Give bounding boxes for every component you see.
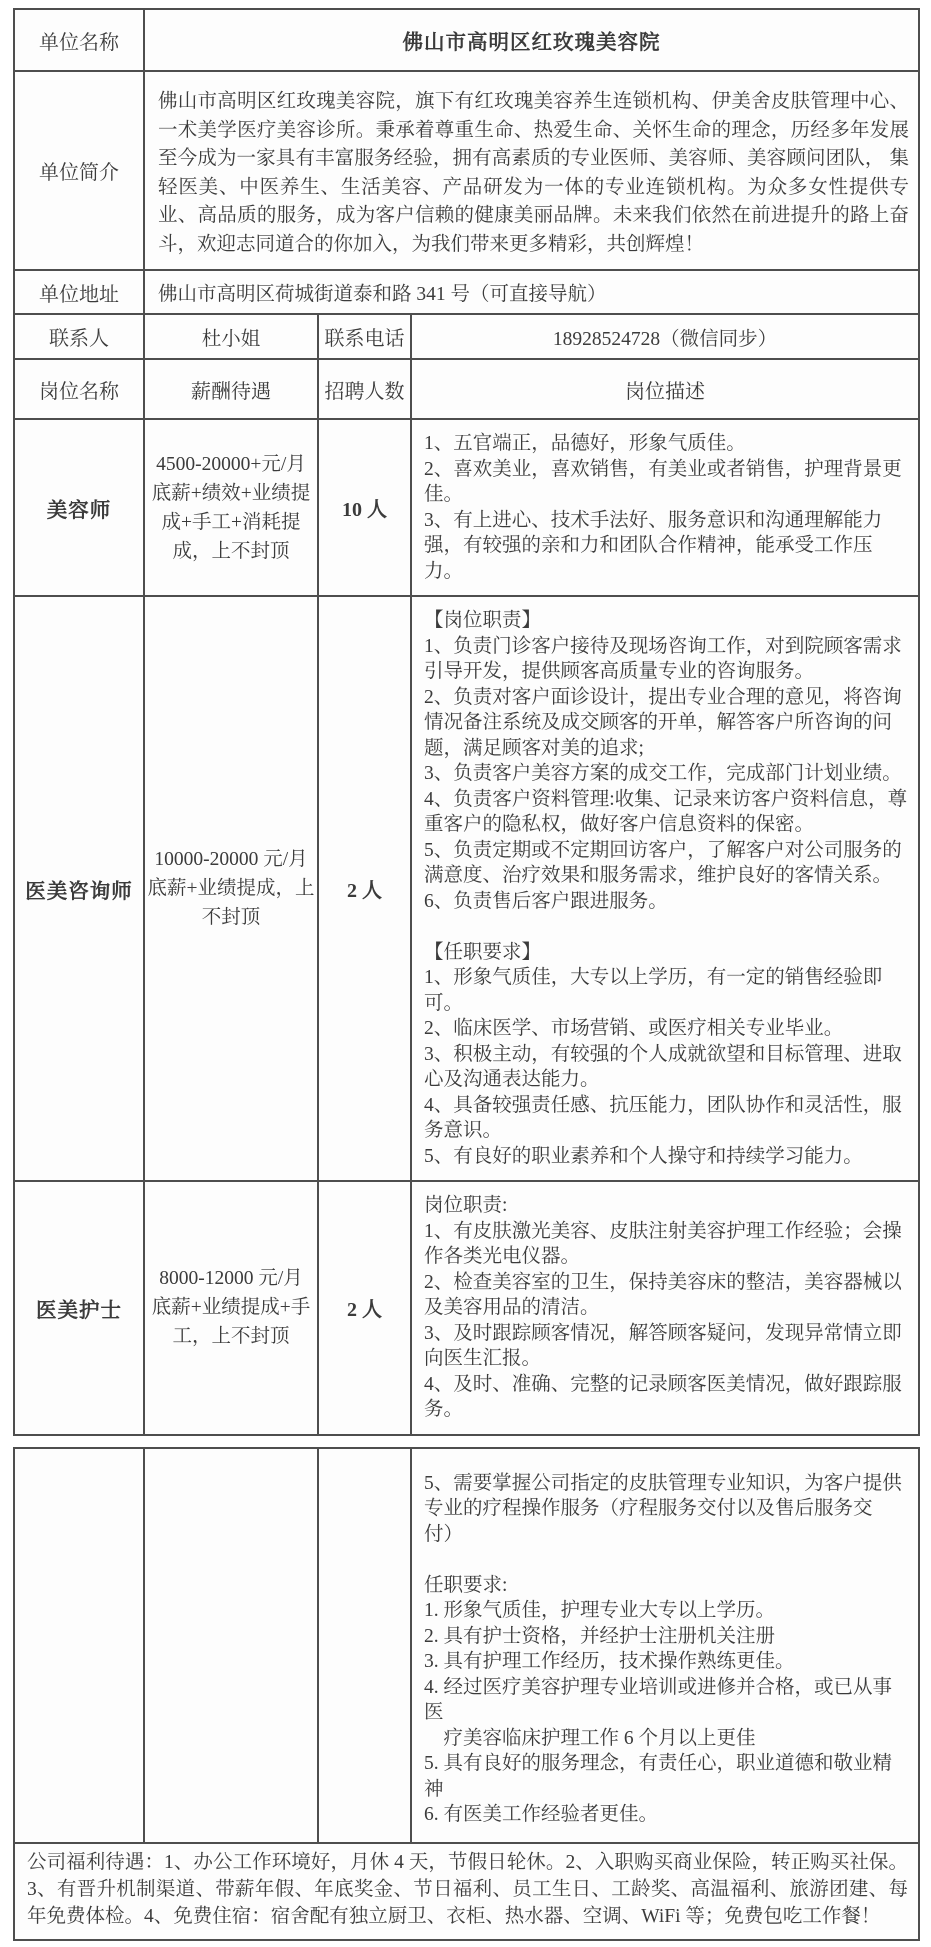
job-posting-table-continuation: 5、需要掌握公司指定的皮肤管理专业知识，为客户提供专业的疗程操作服务（疗程服务交… <box>13 1447 920 1941</box>
benefits-row: 公司福利待遇：1、办公工作环境好，月休 4 天，节假日轮休。2、入职购买商业保险… <box>14 1843 919 1940</box>
job-header-description: 岗位描述 <box>411 359 919 419</box>
job-row-consultant: 医美咨询师 10000-20000 元/月 底薪+业绩提成，上 不封顶 2 人 … <box>14 596 919 1181</box>
job-headcount: 2 人 <box>318 596 411 1181</box>
company-benefits-text: 公司福利待遇：1、办公工作环境好，月休 4 天，节假日轮休。2、入职购买商业保险… <box>14 1843 919 1940</box>
empty-title-cell <box>14 1448 144 1843</box>
job-row-nurse: 医美护士 8000-12000 元/月 底薪+业绩提成+手 工，上不封顶 2 人… <box>14 1181 919 1435</box>
job-title: 医美护士 <box>14 1181 144 1435</box>
job-headcount: 2 人 <box>318 1181 411 1435</box>
contact-phone-label: 联系电话 <box>318 314 411 359</box>
contact-name: 杜小姐 <box>144 314 318 359</box>
job-description: 1、五官端正，品德好，形象气质佳。 2、喜欢美业，喜欢销售，有美业或者销售，护理… <box>411 419 919 596</box>
contact-row: 联系人 杜小姐 联系电话 18928524728（微信同步） <box>14 314 919 359</box>
table-gap <box>13 1436 918 1447</box>
job-row-beautician: 美容师 4500-20000+元/月 底薪+绩效+业绩提 成+手工+消耗提 成，… <box>14 419 919 596</box>
unit-address-value: 佛山市高明区荷城街道泰和路 341 号（可直接导航） <box>144 270 919 314</box>
nurse-continuation-row: 5、需要掌握公司指定的皮肤管理专业知识，为客户提供专业的疗程操作服务（疗程服务交… <box>14 1448 919 1843</box>
unit-name-row: 单位名称 佛山市高明区红玫瑰美容院 <box>14 9 919 71</box>
unit-name-label: 单位名称 <box>14 9 144 71</box>
job-posting-table-main: 单位名称 佛山市高明区红玫瑰美容院 单位简介 佛山市高明区红玫瑰美容院，旗下有红… <box>13 8 920 1436</box>
unit-address-row: 单位地址 佛山市高明区荷城街道泰和路 341 号（可直接导航） <box>14 270 919 314</box>
job-salary: 4500-20000+元/月 底薪+绩效+业绩提 成+手工+消耗提 成，上不封顶 <box>144 419 318 596</box>
job-header-title: 岗位名称 <box>14 359 144 419</box>
empty-salary-cell <box>144 1448 318 1843</box>
job-salary: 8000-12000 元/月 底薪+业绩提成+手 工，上不封顶 <box>144 1181 318 1435</box>
job-posting-page: 单位名称 佛山市高明区红玫瑰美容院 单位简介 佛山市高明区红玫瑰美容院，旗下有红… <box>0 0 931 1947</box>
job-headcount: 10 人 <box>318 419 411 596</box>
job-header-salary: 薪酬待遇 <box>144 359 318 419</box>
unit-intro-label: 单位简介 <box>14 71 144 270</box>
unit-intro-text: 佛山市高明区红玫瑰美容院，旗下有红玫瑰美容养生连锁机构、伊美舍皮肤管理中心、一术… <box>144 71 919 270</box>
contact-label: 联系人 <box>14 314 144 359</box>
unit-intro-row: 单位简介 佛山市高明区红玫瑰美容院，旗下有红玫瑰美容养生连锁机构、伊美舍皮肤管理… <box>14 71 919 270</box>
nurse-continuation-description: 5、需要掌握公司指定的皮肤管理专业知识，为客户提供专业的疗程操作服务（疗程服务交… <box>411 1448 919 1843</box>
job-title: 美容师 <box>14 419 144 596</box>
job-description: 【岗位职责】 1、负责门诊客户接待及现场咨询工作，对到院顾客需求引导开发，提供顾… <box>411 596 919 1181</box>
job-header-headcount: 招聘人数 <box>318 359 411 419</box>
job-header-row: 岗位名称 薪酬待遇 招聘人数 岗位描述 <box>14 359 919 419</box>
job-salary: 10000-20000 元/月 底薪+业绩提成，上 不封顶 <box>144 596 318 1181</box>
unit-address-label: 单位地址 <box>14 270 144 314</box>
job-title: 医美咨询师 <box>14 596 144 1181</box>
contact-phone-number: 18928524728（微信同步） <box>411 314 919 359</box>
empty-headcount-cell <box>318 1448 411 1843</box>
unit-name-value: 佛山市高明区红玫瑰美容院 <box>144 9 919 71</box>
job-description: 岗位职责: 1、有皮肤激光美容、皮肤注射美容护理工作经验；会操作各类光电仪器。 … <box>411 1181 919 1435</box>
